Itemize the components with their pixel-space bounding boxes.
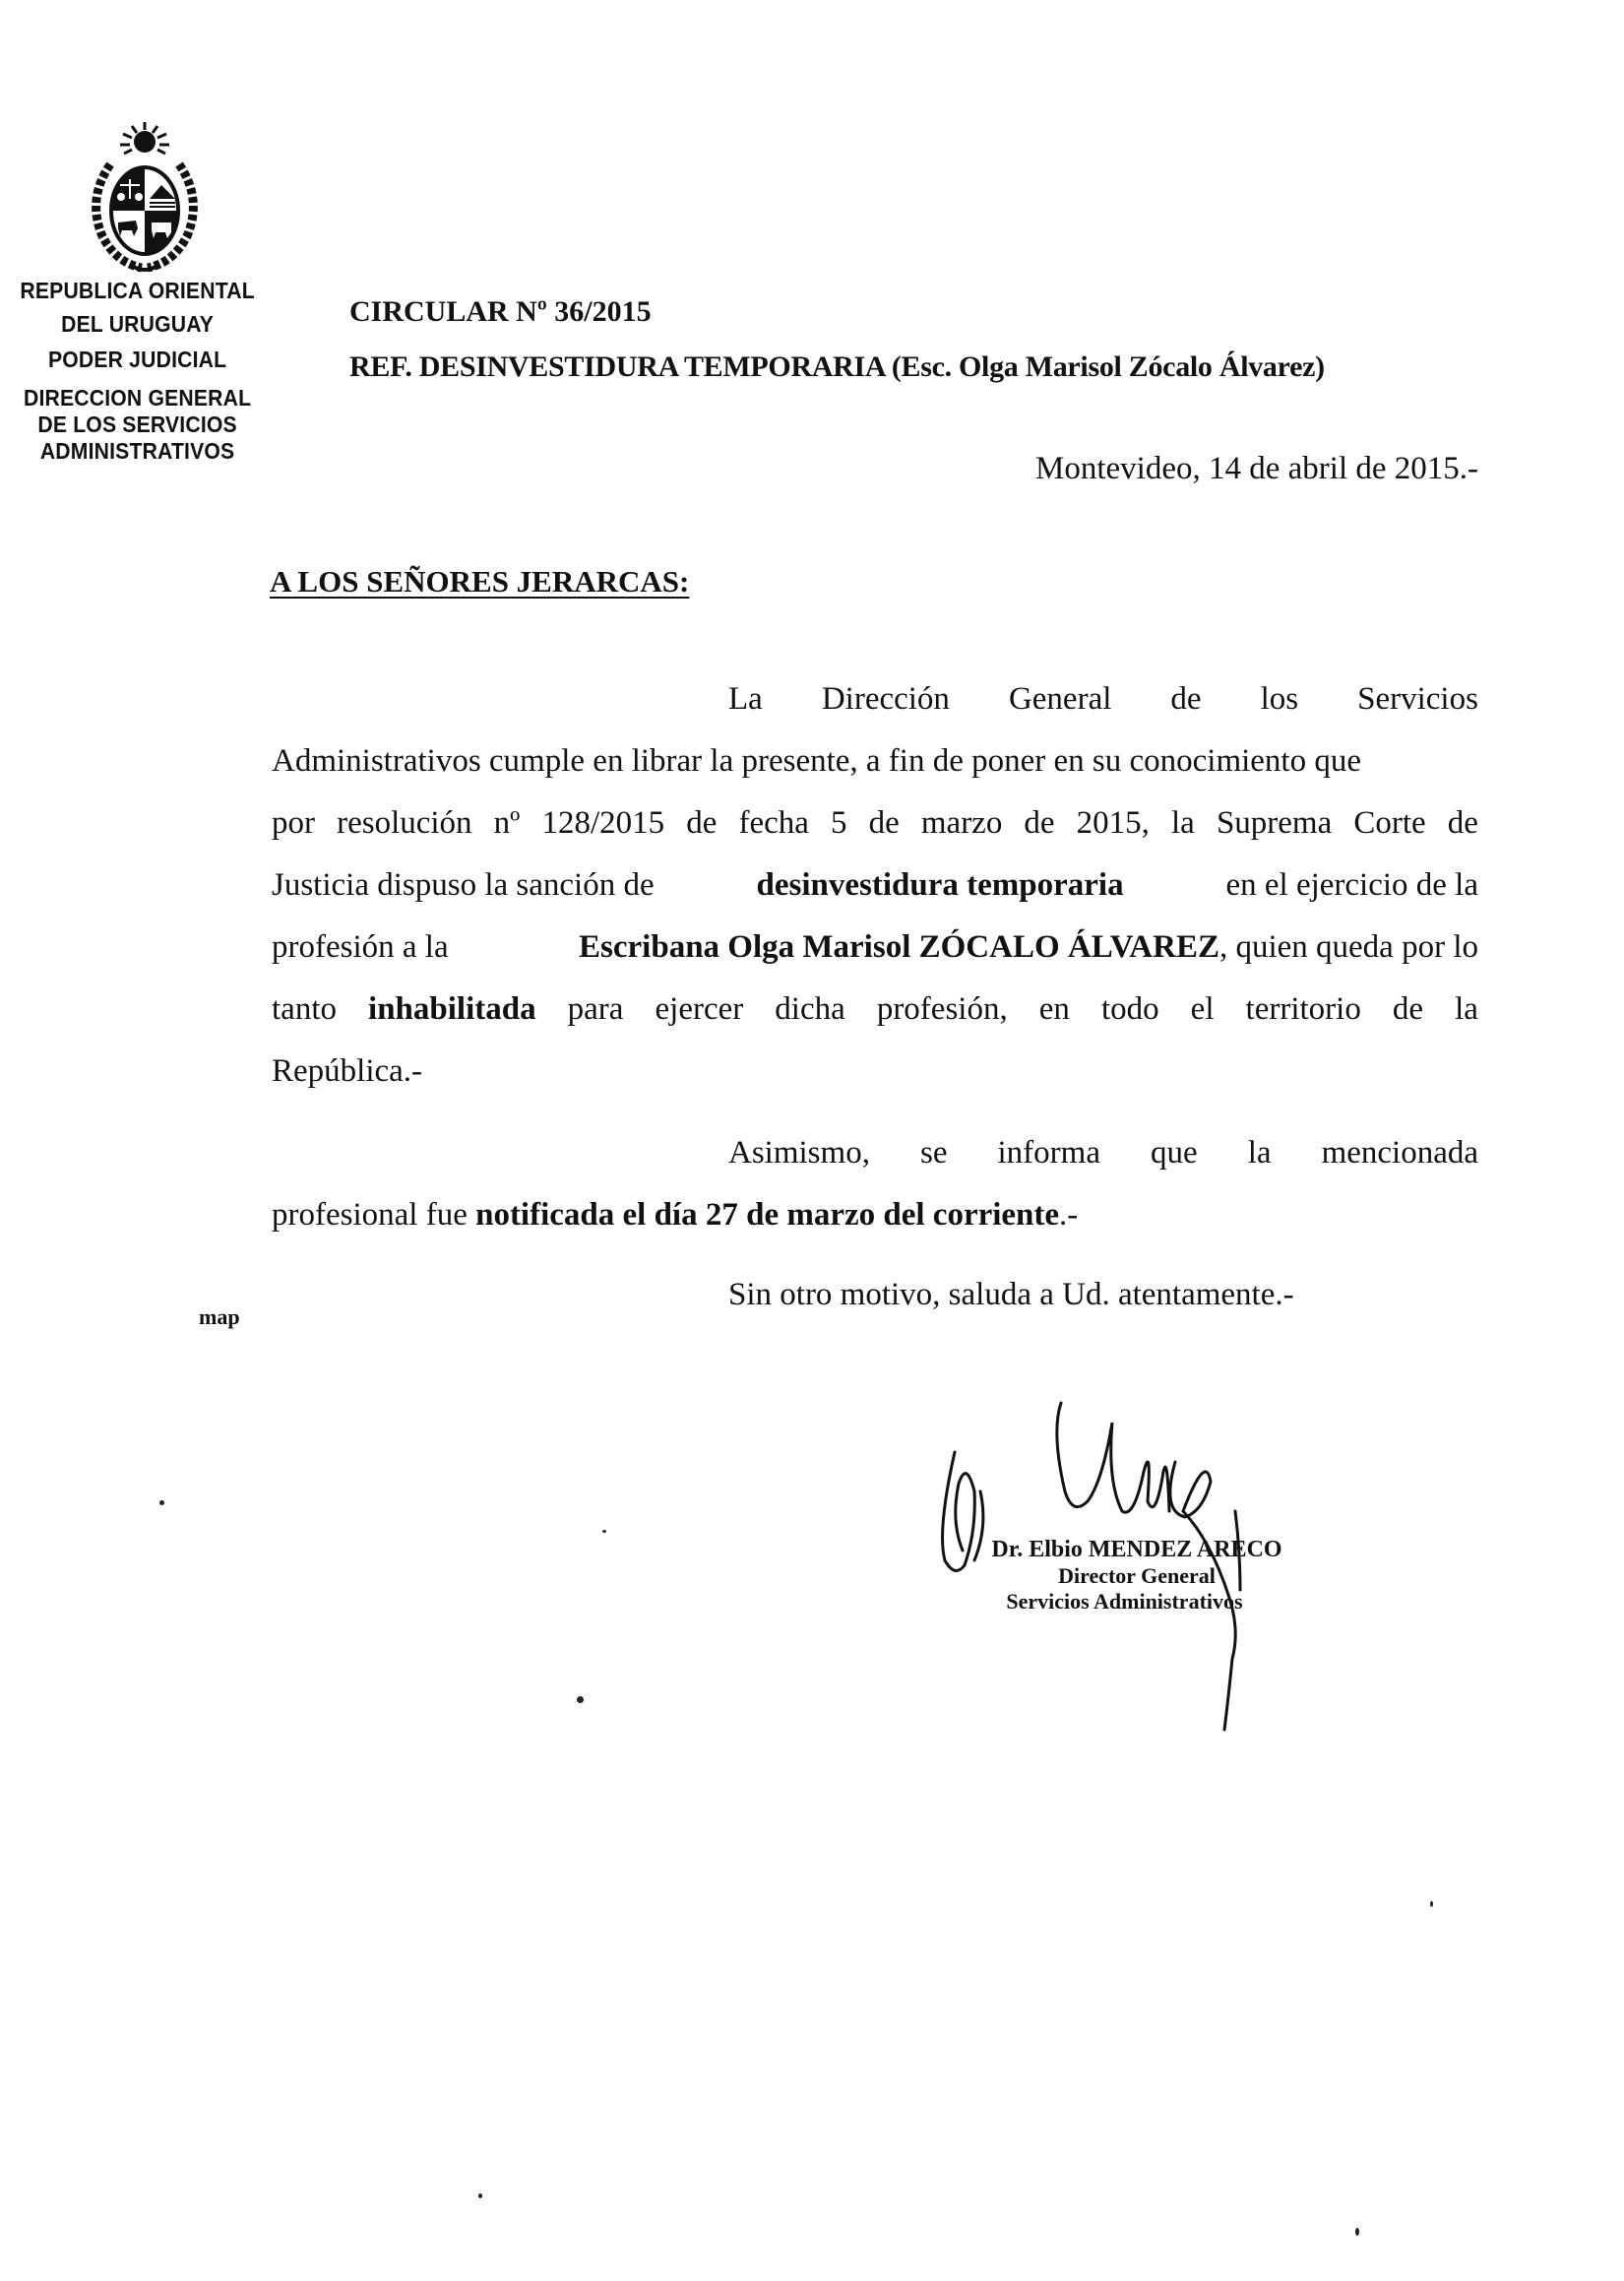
body-word: el: [1191, 991, 1215, 1028]
letterhead-line-judicial: PODER JUDICIAL: [20, 348, 255, 371]
body-word: nº: [494, 805, 521, 842]
body-word: ejercer: [656, 991, 744, 1028]
body-line: Justicia dispuso la sanción de desinvest…: [272, 867, 1478, 904]
body-word: de: [869, 805, 900, 842]
letterhead-line-administrative: ADMINISTRATIVOS: [20, 440, 255, 463]
body-line: República.-: [272, 1053, 1478, 1090]
body-text: en el ejercicio de la: [1225, 867, 1478, 904]
body-word: Servicios: [1357, 681, 1478, 718]
closing-line: Sin otro motivo, saluda a Ud. atentament…: [728, 1277, 1294, 1313]
body-word: General: [1009, 681, 1111, 718]
body-word: fecha: [739, 805, 809, 842]
signatory-title: Director General: [969, 1563, 1304, 1589]
circular-reference: REF. DESINVESTIDURA TEMPORARIA (Esc. Olg…: [349, 350, 1325, 384]
scan-speck: [577, 1696, 584, 1703]
body-text: República.-: [272, 1053, 422, 1090]
body-word: dicha: [775, 991, 844, 1028]
body-line: profesión a la Escribana Olga Marisol ZÓ…: [272, 929, 1478, 966]
letterhead-line-services: DE LOS SERVICIOS: [20, 413, 255, 436]
body-word: territorio: [1246, 991, 1361, 1028]
institution-letterhead: REPUBLICA ORIENTAL DEL URUGUAY PODER JUD…: [20, 280, 255, 463]
body-word: de: [1393, 991, 1423, 1028]
scan-speck: [159, 1500, 164, 1505]
body-word: 5: [831, 805, 847, 842]
body-word: la: [1171, 805, 1195, 842]
scan-speck: [602, 1530, 606, 1533]
body-word: Asimismo,: [728, 1135, 870, 1172]
letterhead-line-direction: DIRECCION GENERAL: [20, 387, 255, 410]
scan-speck: [1355, 2228, 1359, 2236]
body-line: tanto inhabilitada paraejercerdichaprofe…: [272, 991, 1478, 1028]
emphasis-notary-name: Escribana Olga Marisol ZÓCALO ÁLVAREZ: [579, 929, 1219, 965]
body-word: Suprema: [1217, 805, 1332, 842]
letterhead-line-country: DEL URUGUAY: [20, 313, 255, 336]
body-text: tanto: [272, 991, 337, 1028]
body-word: de: [1448, 805, 1478, 842]
body-word: la: [1248, 1135, 1272, 1172]
signatory-name: Dr. Elbio MENDEZ ARECO: [969, 1536, 1304, 1563]
body-word: se: [920, 1135, 948, 1172]
body-word: La: [728, 681, 763, 718]
document-date: Montevideo, 14 de abril de 2015.-: [1035, 451, 1478, 487]
salutation: A LOS SEÑORES JERARCAS:: [270, 564, 689, 600]
scan-speck: [478, 2193, 482, 2198]
body-word: la: [1455, 991, 1478, 1028]
body-word: de: [1170, 681, 1201, 718]
body-word: de: [1024, 805, 1054, 842]
body-text: .-: [1059, 1197, 1078, 1234]
body-line: Administrativos cumple en librar la pres…: [272, 743, 1478, 780]
body-word: los: [1261, 681, 1299, 718]
body-text: profesión a la: [272, 929, 449, 966]
emphasis-notification-date: notificada el día 27 de marzo del corrie…: [475, 1197, 1059, 1234]
body-word: profesión,: [877, 991, 1008, 1028]
body-text: Justicia dispuso la sanción de: [272, 867, 655, 904]
body-word: todo: [1101, 991, 1159, 1028]
body-word: marzo: [921, 805, 1002, 842]
body-text: profesional fue: [272, 1197, 475, 1234]
body-word: resolución: [337, 805, 471, 842]
body-text: , quien queda por lo: [1219, 929, 1478, 965]
body-word: 128/2015: [541, 805, 664, 842]
letterhead-line-republic: REPUBLICA ORIENTAL: [20, 280, 255, 302]
body-word: 2015,: [1077, 805, 1150, 842]
body-word: Corte: [1353, 805, 1425, 842]
uruguay-coat-of-arms-icon: [81, 120, 209, 276]
body-line: LaDirecciónGeneraldelosServicios: [728, 681, 1478, 718]
typist-initials: map: [199, 1304, 240, 1330]
body-word: en: [1039, 991, 1070, 1028]
body-word: mencionada: [1322, 1135, 1478, 1172]
scan-speck: [1430, 1901, 1433, 1907]
body-line: profesional fue notificada el día 27 de …: [272, 1197, 1478, 1234]
body-word: Dirección: [822, 681, 950, 718]
body-word: de: [686, 805, 717, 842]
body-word: que: [1151, 1135, 1198, 1172]
body-word: informa: [998, 1135, 1100, 1172]
body-line: Asimismo,seinformaquelamencionada: [728, 1135, 1478, 1172]
body-text: Administrativos cumple en librar la pres…: [272, 743, 1361, 780]
emphasis-sanction: desinvestidura temporaria: [757, 867, 1124, 904]
circular-number: CIRCULAR Nº 36/2015: [349, 295, 652, 329]
signature-block: Dr. Elbio MENDEZ ARECO Director General …: [969, 1536, 1304, 1615]
body-word: para: [568, 991, 624, 1028]
signatory-department: Servicios Administrativos: [945, 1589, 1304, 1615]
body-word: por: [272, 805, 315, 842]
body-line: porresoluciónnº128/2015defecha5demarzode…: [272, 805, 1478, 842]
emphasis-disqualified: inhabilitada: [368, 991, 536, 1028]
